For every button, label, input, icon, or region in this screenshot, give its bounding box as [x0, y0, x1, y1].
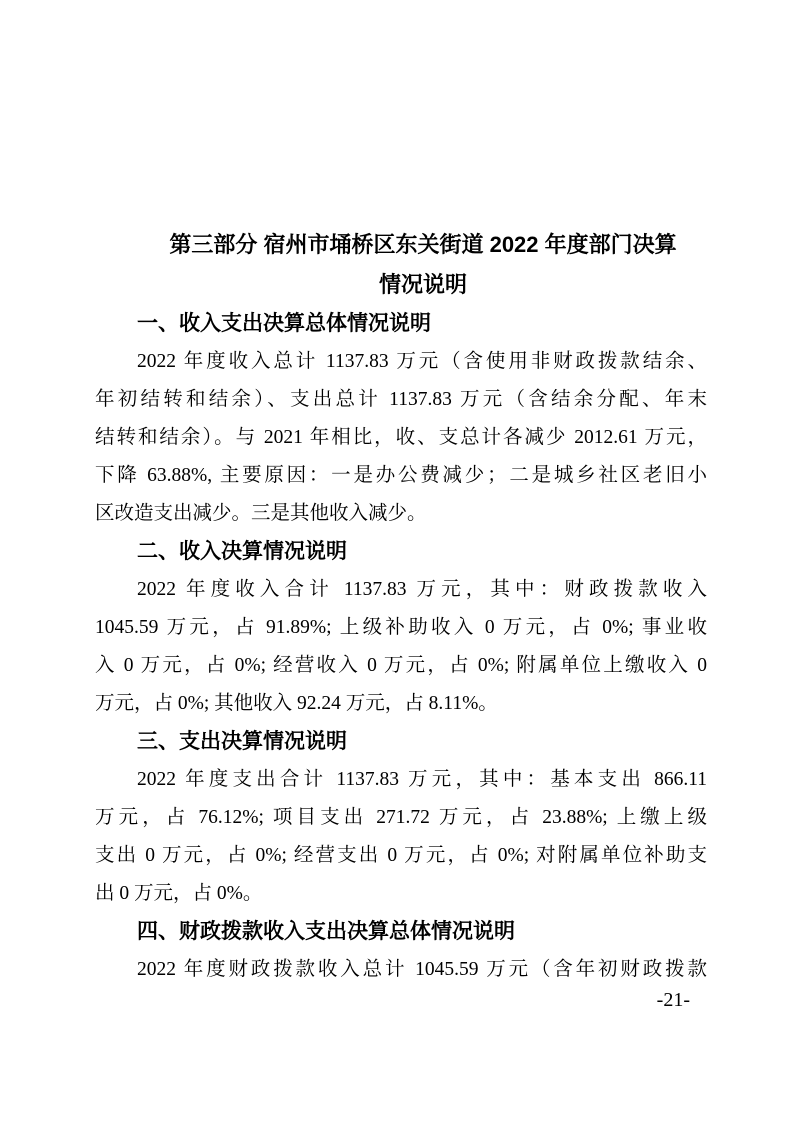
- section-4-line-1: 2022 年度财政拨款收入总计 1045.59 万元（含年初财政拨款: [95, 951, 707, 989]
- document-title-line-2: 情况说明: [95, 265, 707, 305]
- section-3-line-1: 2022 年度支出合计 1137.83 万元，其中：基本支出 866.11: [95, 761, 707, 799]
- section-1-heading: 一、收入支出决算总体情况说明: [95, 305, 707, 343]
- section-1-line-5: 区改造支出减少。三是其他收入减少。: [95, 495, 707, 533]
- section-2-line-3: 入 0 万元，占 0%; 经营收入 0 万元，占 0%; 附属单位上缴收入 0: [95, 647, 707, 685]
- document-content: 第三部分 宿州市埇桥区东关街道 2022 年度部门决算 情况说明 一、收入支出决…: [95, 225, 707, 989]
- section-3-line-2: 万元，占 76.12%; 项目支出 271.72 万元，占 23.88%; 上缴…: [95, 799, 707, 837]
- section-3-line-3: 支出 0 万元，占 0%; 经营支出 0 万元，占 0%; 对附属单位补助支: [95, 837, 707, 875]
- document-page: 第三部分 宿州市埇桥区东关街道 2022 年度部门决算 情况说明 一、收入支出决…: [0, 0, 793, 1122]
- section-3-line-4: 出 0 万元，占 0%。: [95, 875, 707, 913]
- section-3-heading: 三、支出决算情况说明: [95, 723, 707, 761]
- document-title-line-1: 第三部分 宿州市埇桥区东关街道 2022 年度部门决算: [95, 225, 707, 265]
- section-2-line-1: 2022 年度收入合计 1137.83 万元，其中：财政拨款收入: [95, 571, 707, 609]
- page-number: -21-: [657, 988, 690, 1012]
- section-1-line-1: 2022 年度收入总计 1137.83 万元（含使用非财政拨款结余、: [95, 343, 707, 381]
- section-2-line-2: 1045.59 万元，占 91.89%; 上级补助收入 0 万元，占 0%; 事…: [95, 609, 707, 647]
- section-2-heading: 二、收入决算情况说明: [95, 533, 707, 571]
- section-4-heading: 四、财政拨款收入支出决算总体情况说明: [95, 913, 707, 951]
- section-1-line-2: 年初结转和结余）、支出总计 1137.83 万元（含结余分配、年末: [95, 381, 707, 419]
- section-1-line-4: 下降 63.88%, 主要原因：一是办公费减少；二是城乡社区老旧小: [95, 457, 707, 495]
- section-1-line-3: 结转和结余）。与 2021 年相比，收、支总计各减少 2012.61 万元，: [95, 419, 707, 457]
- section-2-line-4: 万元，占 0%; 其他收入 92.24 万元，占 8.11%。: [95, 685, 707, 723]
